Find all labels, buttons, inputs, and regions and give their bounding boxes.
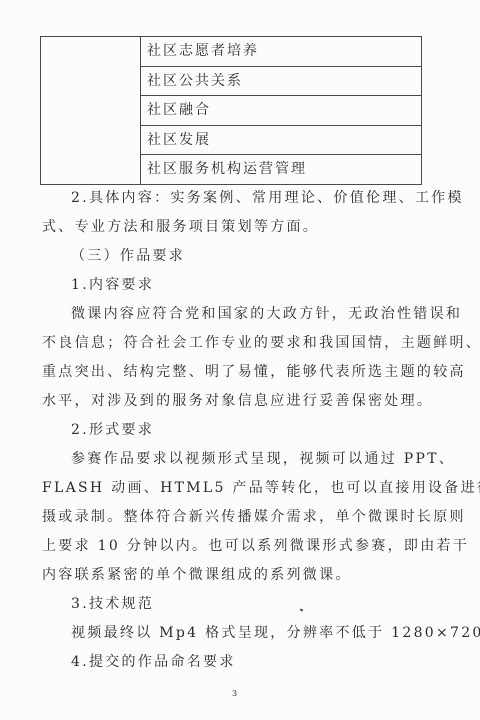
subsection-heading: 2.形式要求 bbox=[71, 421, 154, 439]
paragraph-line: 不良信息；符合社会工作专业的要求和我国国情，主题鲜明、 bbox=[42, 334, 480, 352]
paragraph-line: 摄或录制。整体符合新兴传播媒介需求，单个微课时长原则 bbox=[42, 508, 466, 526]
table-row: 社区志愿者培养 bbox=[41, 37, 422, 67]
table-cell: 社区志愿者培养 bbox=[141, 37, 422, 67]
paragraph-line: 微课内容应符合党和国家的大政方针，无政治性错误和 bbox=[71, 305, 462, 323]
paragraph-line: FLASH 动画、HTML5 产品等转化，也可以直接用设备进行拍 bbox=[42, 479, 480, 497]
scan-mark bbox=[300, 608, 304, 611]
paragraph-line: 上要求 10 分钟以内。也可以系列微课形式参赛，即由若干 bbox=[42, 537, 469, 555]
paragraph-line: 内容联系紧密的单个微课组成的系列微课。 bbox=[42, 566, 352, 584]
subsection-heading: 1.内容要求 bbox=[71, 276, 154, 294]
section-heading: （三）作品要求 bbox=[71, 247, 185, 265]
table-left-cell bbox=[41, 37, 141, 185]
content-item-line-1: 2.具体内容：实务案例、常用理论、价值伦理、工作模 bbox=[71, 189, 464, 207]
paragraph-line: 视频最终以 Mp4 格式呈现，分辨率不低于 1280×720。 bbox=[71, 624, 480, 642]
table-cell: 社区服务机构运营管理 bbox=[141, 155, 422, 185]
content-item-line-2: 式、专业方法和服务项目策划等方面。 bbox=[42, 218, 319, 236]
subsection-heading: 3.技术规范 bbox=[71, 595, 154, 613]
topics-table: 社区志愿者培养 社区公共关系 社区融合 社区发展 社区服务机构运营管理 bbox=[40, 36, 422, 185]
subsection-heading: 4.提交的作品命名要求 bbox=[71, 653, 236, 671]
table-cell: 社区公共关系 bbox=[141, 66, 422, 96]
paragraph-line: 水平，对涉及到的服务对象信息应进行妥善保密处理。 bbox=[42, 392, 433, 410]
paragraph-line: 重点突出、结构完整、明了易懂，能够代表所选主题的较高 bbox=[42, 363, 466, 381]
table-cell: 社区发展 bbox=[141, 125, 422, 155]
table-cell: 社区融合 bbox=[141, 96, 422, 126]
paragraph-line: 参赛作品要求以视频形式呈现，视频可以通过 PPT、 bbox=[71, 450, 455, 468]
document-page: 社区志愿者培养 社区公共关系 社区融合 社区发展 社区服务机构运营管理 2.具体… bbox=[0, 0, 480, 720]
page-number: 3 bbox=[232, 689, 237, 698]
